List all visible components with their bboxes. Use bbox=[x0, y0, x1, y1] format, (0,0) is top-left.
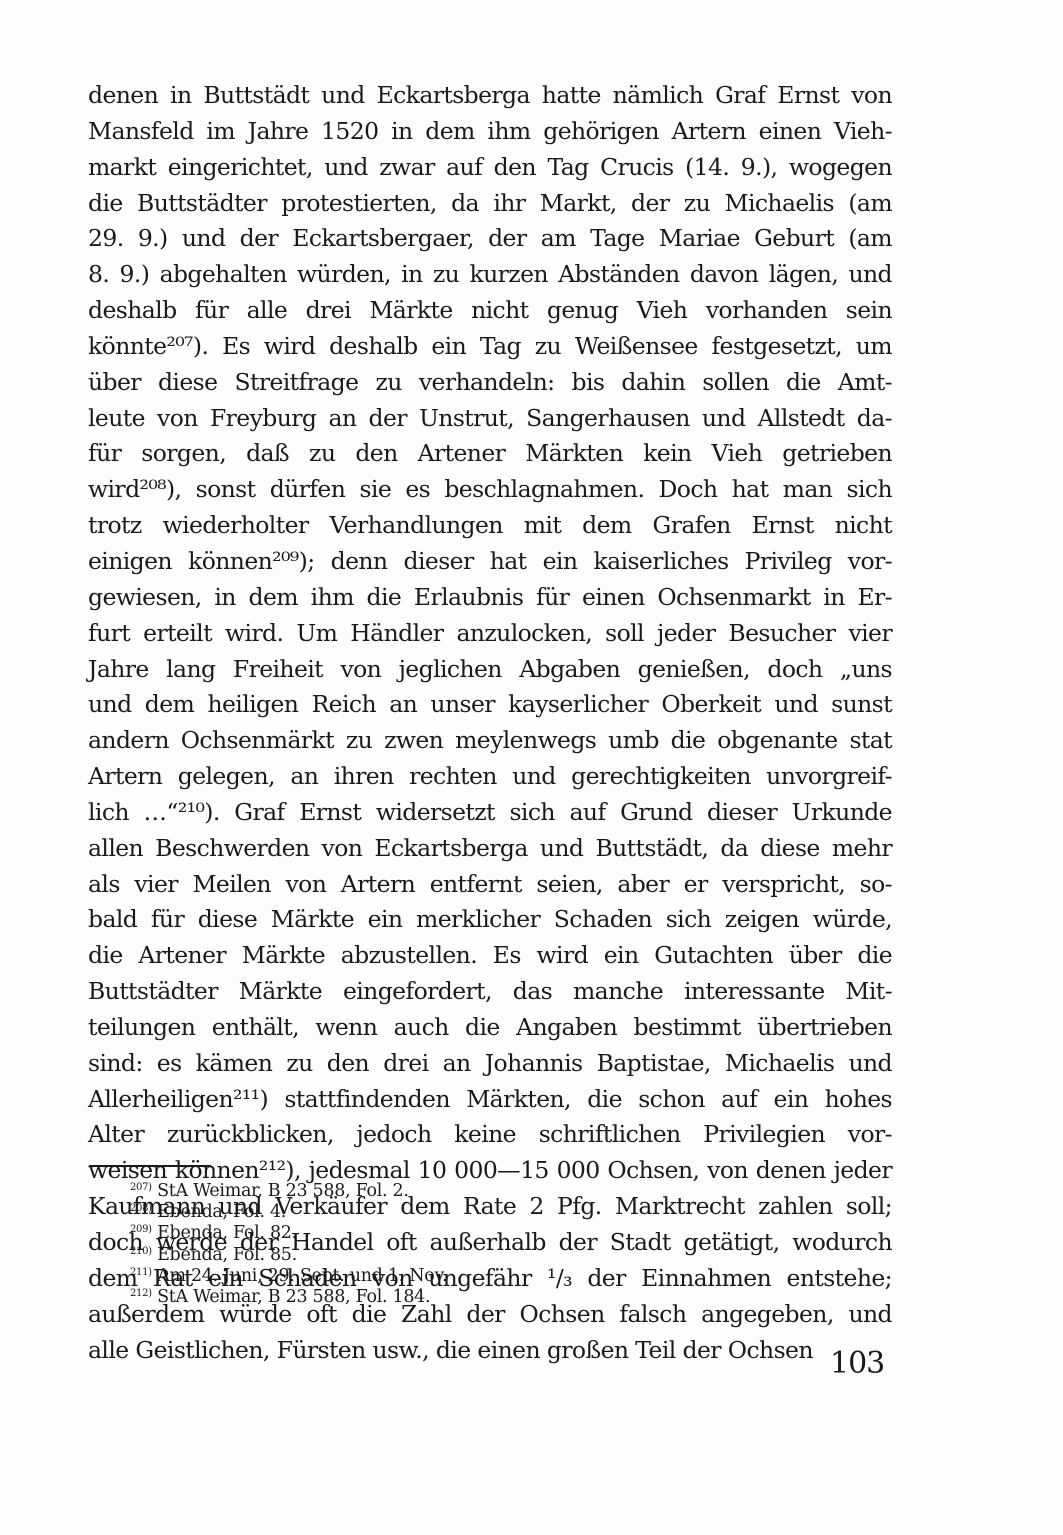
text-line: 8. 9.) abgehalten würden, in zu kurzen A… bbox=[88, 257, 892, 293]
footnote-marker: 207) bbox=[130, 1182, 152, 1193]
footnote-207: 207) StA Weimar, B 23 588, Fol. 2. bbox=[130, 1181, 447, 1202]
text-line: Mansfeld im Jahre 1520 in dem ihm gehöri… bbox=[88, 114, 892, 150]
footnote-212: 212) StA Weimar, B 23 588, Fol. 184. bbox=[130, 1287, 447, 1308]
text-line: einigen können²⁰⁹); denn dieser hat ein … bbox=[88, 544, 892, 580]
footnote-text: Ebenda, Fol. 85. bbox=[157, 1245, 297, 1265]
footnote-211: 211) Am 24. Juni, 29. Sept. und 1. Nov. bbox=[130, 1266, 447, 1287]
text-line: für sorgen, daß zu den Artener Märkten k… bbox=[88, 436, 892, 472]
footnote-text: StA Weimar, B 23 588, Fol. 2. bbox=[157, 1181, 409, 1201]
footnotes: 207) StA Weimar, B 23 588, Fol. 2. 208) … bbox=[130, 1181, 447, 1308]
text-line: lich …“²¹⁰). Graf Ernst widersetzt sich … bbox=[88, 795, 892, 831]
text-line: über diese Streitfrage zu verhandeln: bi… bbox=[88, 365, 892, 401]
page-number: 103 bbox=[830, 1346, 884, 1381]
text-line: leute von Freyburg an der Unstrut, Sange… bbox=[88, 401, 892, 437]
text-line: die Artener Märkte abzustellen. Es wird … bbox=[88, 938, 892, 974]
footnote-marker: 211) bbox=[130, 1267, 152, 1278]
text-line: Alter zurückblicken, jedoch keine schrif… bbox=[88, 1117, 892, 1153]
text-line: andern Ochsenmärkt zu zwen meylenwegs um… bbox=[88, 723, 892, 759]
text-line: als vier Meilen von Artern entfernt seie… bbox=[88, 867, 892, 903]
footnote-marker: 209) bbox=[130, 1224, 152, 1235]
body-text: denen in Buttstädt und Eckartsberga hatt… bbox=[88, 78, 892, 1368]
text-line: furt erteilt wird. Um Händler anzulocken… bbox=[88, 616, 892, 652]
text-line: könnte²⁰⁷). Es wird deshalb ein Tag zu W… bbox=[88, 329, 892, 365]
text-line: Buttstädter Märkte eingefordert, das man… bbox=[88, 974, 892, 1010]
footnote-209: 209) Ebenda, Fol. 82. bbox=[130, 1223, 447, 1244]
text-line: deshalb für alle drei Märkte nicht genug… bbox=[88, 293, 892, 329]
footnote-text: Ebenda, Fol. 82. bbox=[157, 1223, 297, 1243]
text-line: wird²⁰⁸), sonst dürfen sie es beschlagna… bbox=[88, 472, 892, 508]
text-line: alle Geistlichen, Fürsten usw., die eine… bbox=[88, 1333, 892, 1369]
footnote-text: Am 24. Juni, 29. Sept. und 1. Nov. bbox=[157, 1266, 447, 1286]
text-line: Jahre lang Freiheit von jeglichen Abgabe… bbox=[88, 652, 892, 688]
text-line: trotz wiederholter Verhandlungen mit dem… bbox=[88, 508, 892, 544]
footnote-208: 208) Ebenda, Fol. 4. bbox=[130, 1202, 447, 1223]
text-line: denen in Buttstädt und Eckartsberga hatt… bbox=[88, 78, 892, 114]
footnote-text: Ebenda, Fol. 4. bbox=[157, 1202, 286, 1222]
footnote-210: 210) Ebenda, Fol. 85. bbox=[130, 1245, 447, 1266]
footnote-text: StA Weimar, B 23 588, Fol. 184. bbox=[157, 1287, 430, 1307]
text-line: und dem heiligen Reich an unser kayserli… bbox=[88, 687, 892, 723]
footnote-separator-rule bbox=[89, 1165, 211, 1167]
footnote-marker: 210) bbox=[130, 1246, 152, 1257]
footnote-marker: 208) bbox=[130, 1203, 152, 1214]
text-line: teilungen enthält, wenn auch die Angaben… bbox=[88, 1010, 892, 1046]
text-line: bald für diese Märkte ein merklicher Sch… bbox=[88, 902, 892, 938]
text-line: allen Beschwerden von Eckartsberga und B… bbox=[88, 831, 892, 867]
footnote-marker: 212) bbox=[130, 1288, 152, 1299]
text-line: markt eingerichtet, und zwar auf den Tag… bbox=[88, 150, 892, 186]
text-line: Allerheiligen²¹¹) stattfindenden Märkten… bbox=[88, 1082, 892, 1118]
text-line: gewiesen, in dem ihm die Erlaubnis für e… bbox=[88, 580, 892, 616]
book-page: denen in Buttstädt und Eckartsberga hatt… bbox=[0, 0, 1063, 1535]
text-line: 29. 9.) und der Eckartsbergaer, der am T… bbox=[88, 221, 892, 257]
text-line: Artern gelegen, an ihren rechten und ger… bbox=[88, 759, 892, 795]
text-line: die Buttstädter protestierten, da ihr Ma… bbox=[88, 186, 892, 222]
text-line: sind: es kämen zu den drei an Johannis B… bbox=[88, 1046, 892, 1082]
